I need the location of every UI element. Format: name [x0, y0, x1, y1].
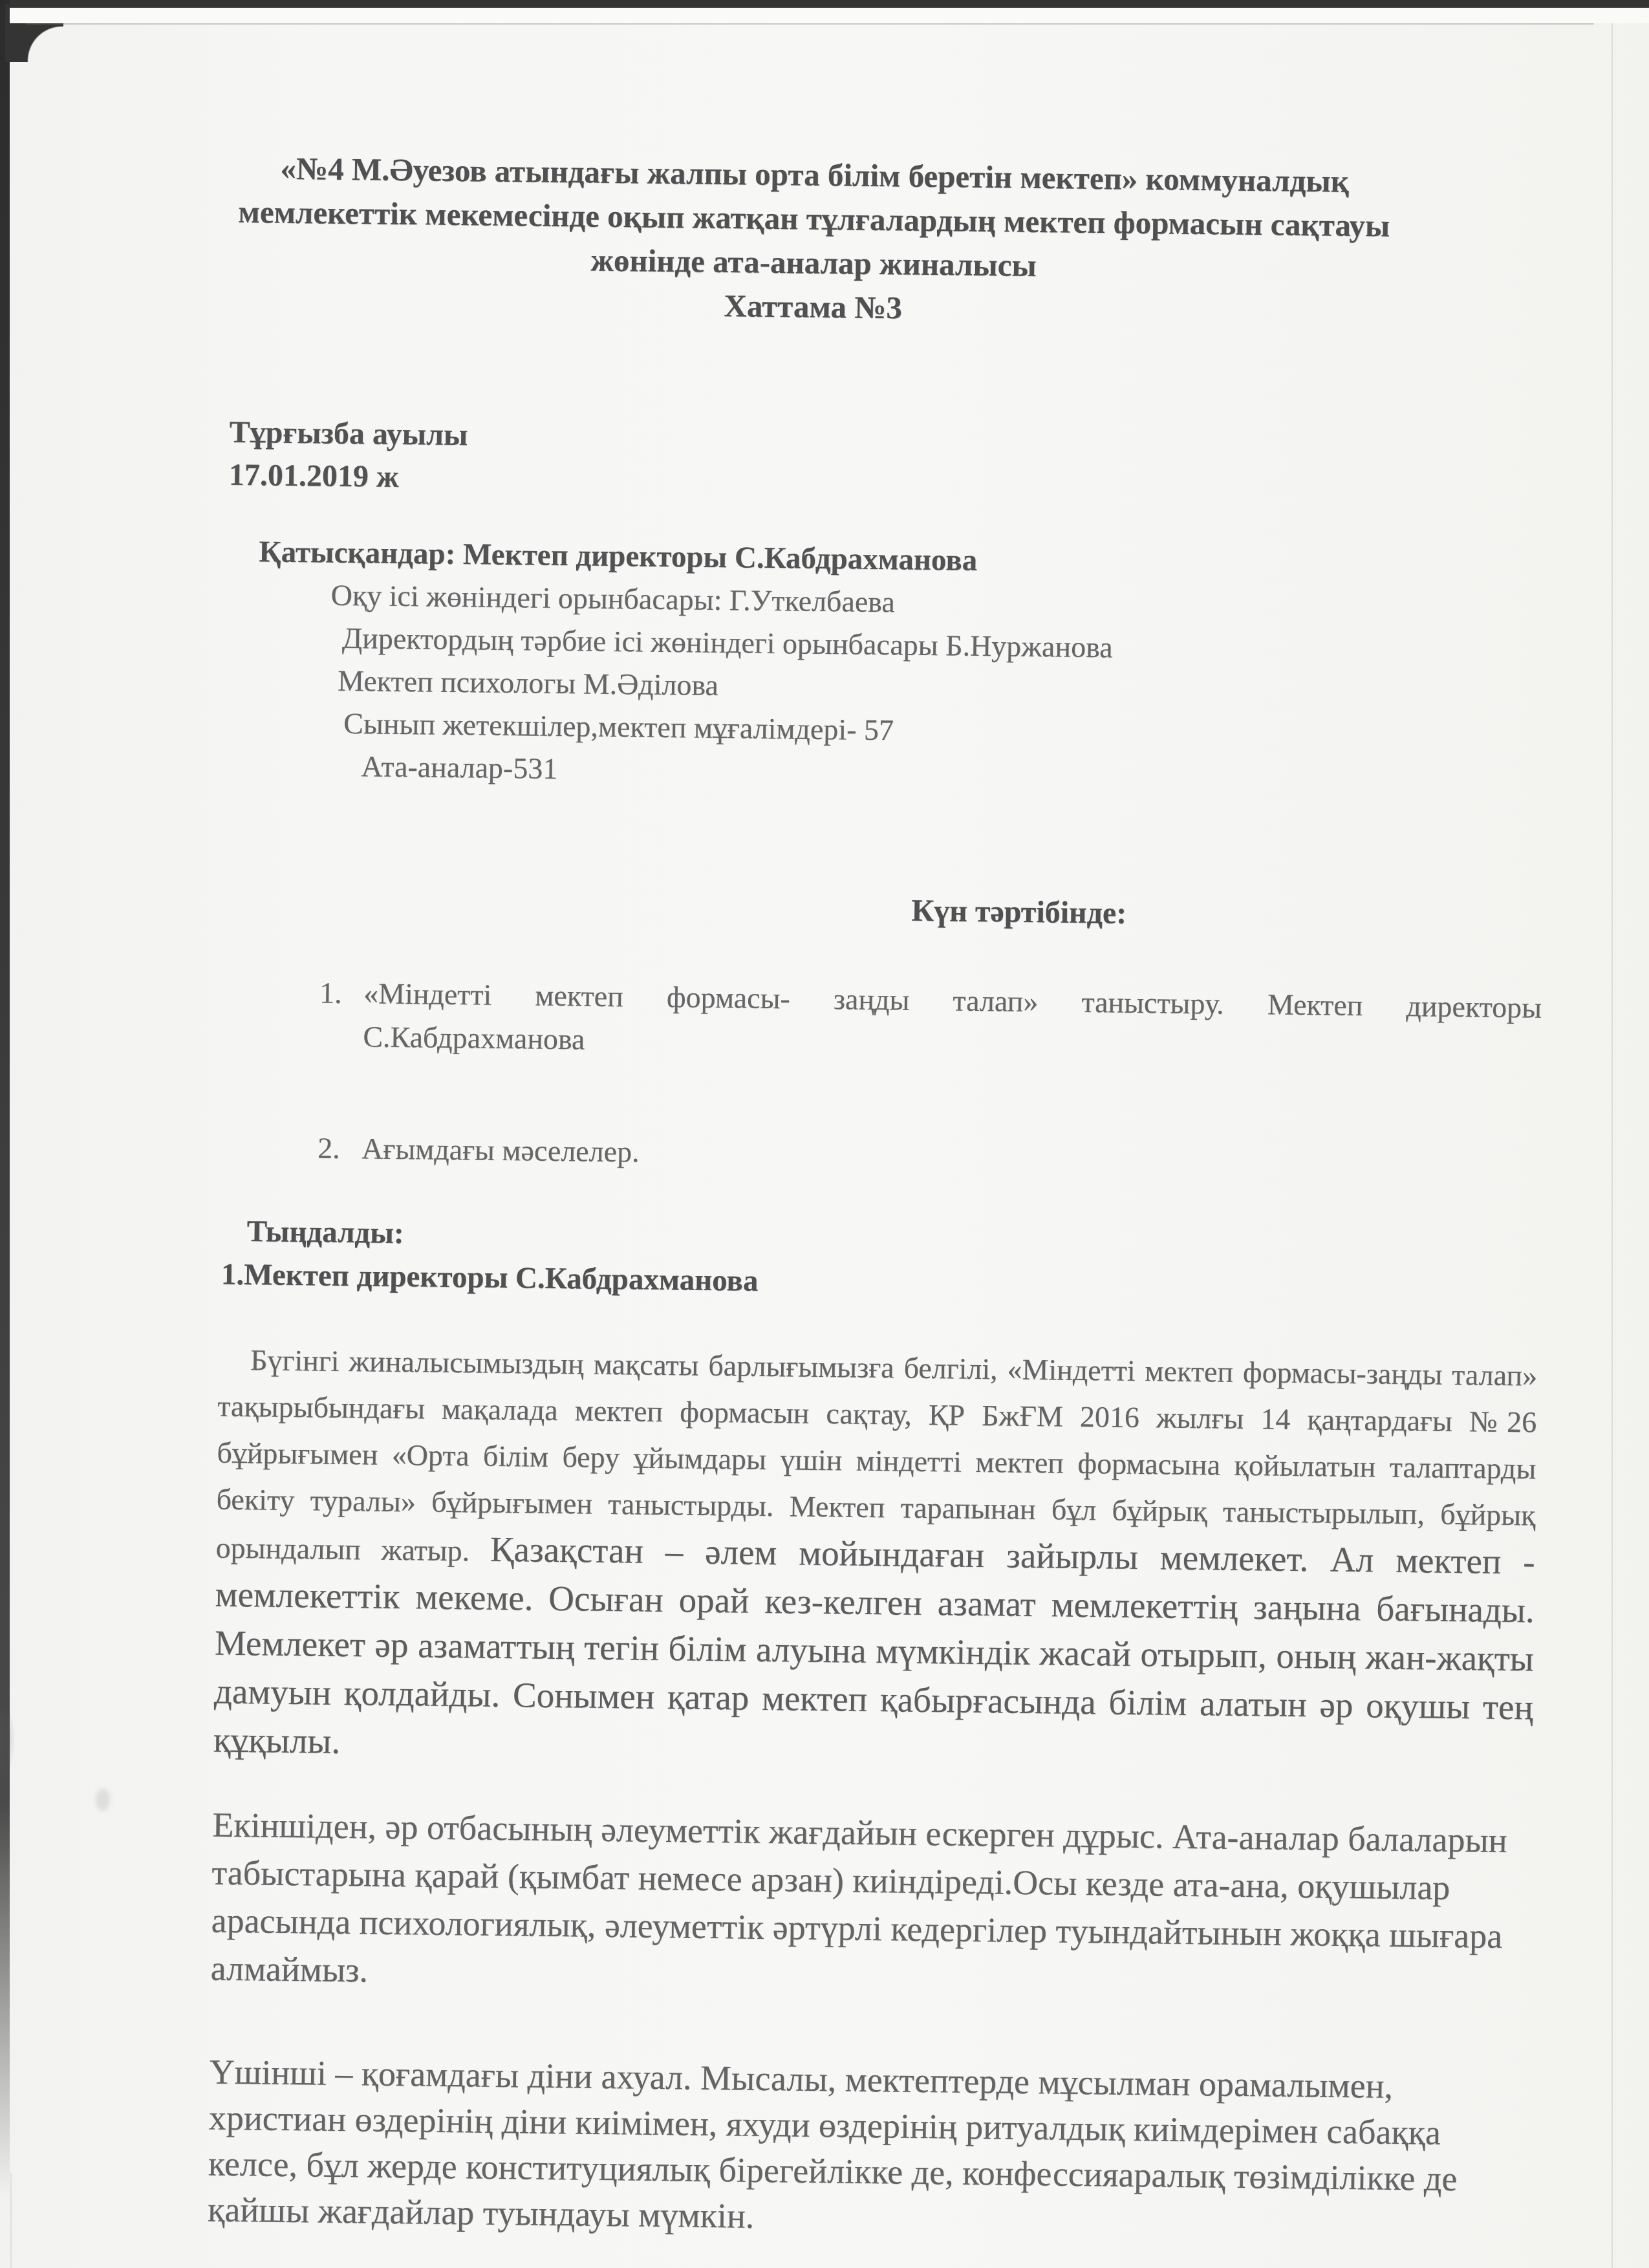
agenda-item-1-text: «Міндетті мектеп формасы- заңды талап» т…: [222, 970, 1542, 1073]
document-content: «№4 М.Әуезов атындағы жалпы орта білім б…: [0, 0, 1649, 2250]
agenda-item-2: 2. Ағымдағы мәселелер.: [221, 1125, 1540, 1185]
participants-block: Қатысқандар: Мектеп директоры С.Кабдрахм…: [225, 530, 1547, 803]
agenda-item-2-number: 2.: [318, 1126, 340, 1169]
document-title: «№4 М.Әуезов атындағы жалпы орта білім б…: [153, 145, 1474, 337]
scan-page: «№4 М.Әуезов атындағы жалпы орта білім б…: [0, 0, 1649, 2268]
agenda-item-1-number: 1.: [319, 971, 342, 1014]
agenda-item-2-text: Ағымдағы мәселелер.: [221, 1125, 1540, 1185]
agenda-item-1: 1. «Міндетті мектеп формасы- заңды талап…: [222, 970, 1542, 1073]
body-paragraph-1: Бүгінгі жиналысымыздың мақсаты барлығымы…: [213, 1337, 1538, 1782]
meta-block: Тұрғызба ауылы 17.01.2019 ж: [229, 411, 1549, 513]
body-paragraph-3: Үшінші – қоғамдағы діни ахуал. Мысалы, м…: [208, 2049, 1529, 2249]
body-paragraph-2: Екіншіден, әр отбасының әлеуметтік жағда…: [210, 1801, 1531, 2009]
agenda-heading: Күн тәртібінде:: [495, 884, 1543, 941]
